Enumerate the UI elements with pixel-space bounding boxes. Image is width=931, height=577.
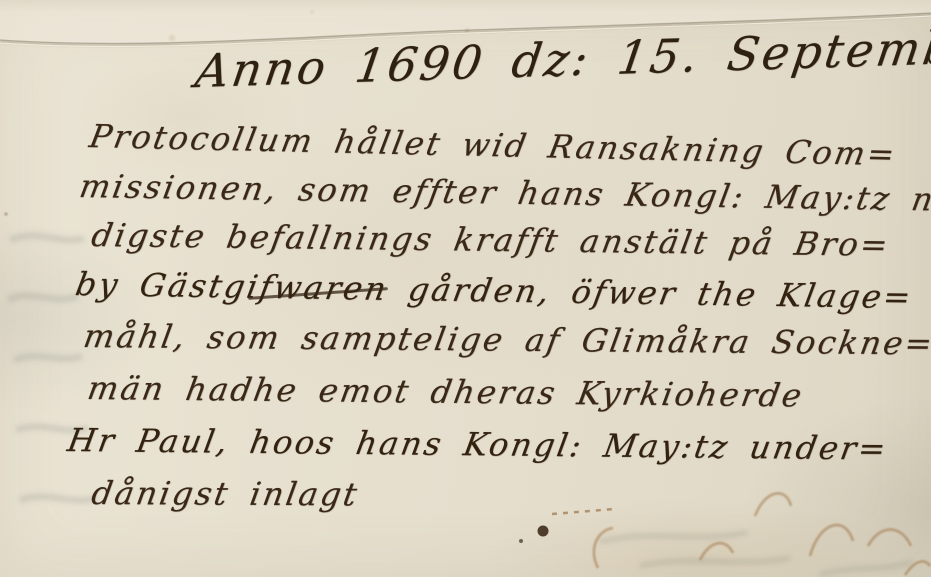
faded-ink-ghost-writing: [594, 493, 930, 575]
text-line-2: missionen, som effter hans Kongl: May:tz…: [77, 170, 931, 216]
faded-dotted-stroke: [552, 509, 614, 514]
manuscript-page: Anno 1690 dz: 15. Septembr: Protocollum …: [0, 0, 931, 577]
text-line-8: dånigst inlagt: [89, 477, 361, 510]
date-heading: Anno 1690 dz: 15. Septembr:: [193, 23, 931, 94]
text-line-3: digste befallnings krafft anstält på Bro…: [89, 219, 892, 261]
ink-blot: [538, 526, 549, 537]
text-line-5: måhl, som samptelige af Glimåkra Sockne=: [81, 320, 931, 359]
text-line-4: by Gästgifwaren gården, öfwer the Klage=: [73, 268, 915, 313]
text-line-6: män hadhe emot dheras Kyrkioherde: [85, 372, 806, 411]
ink-blot-small: [519, 539, 523, 543]
text-line-7: Hr Paul, hoos hans Kongl: May:tz under=: [65, 424, 890, 465]
text-line-1: Protocollum hållet wid Ransakning Com=: [87, 120, 899, 170]
verso-bleedthrough-bottom-right: [600, 532, 912, 575]
